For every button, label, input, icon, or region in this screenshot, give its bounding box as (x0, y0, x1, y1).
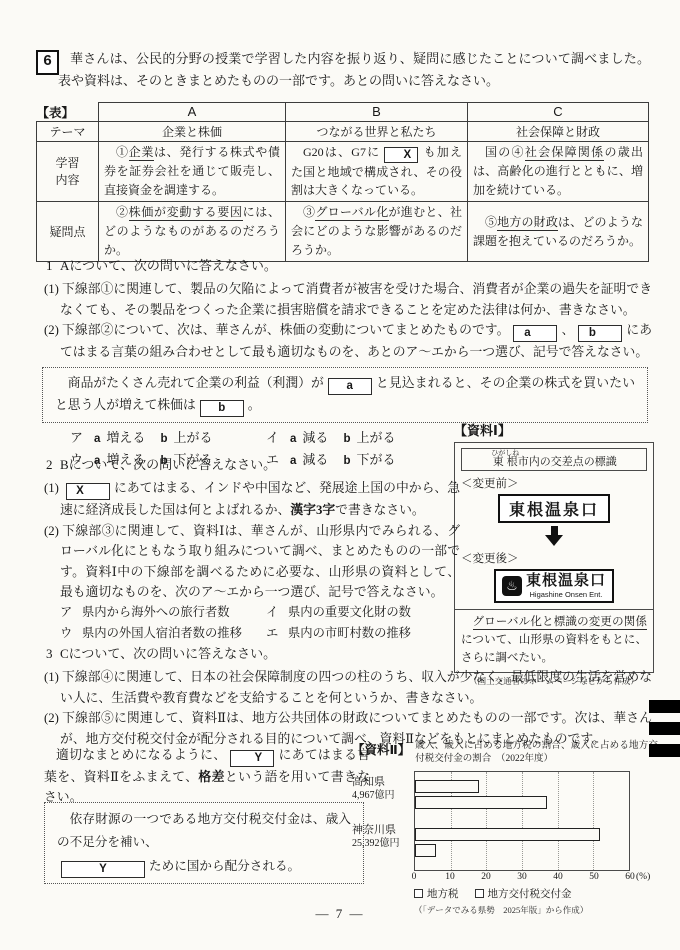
legend-swatch-local-tax (414, 889, 423, 898)
before-label: ＜変更前＞ (461, 475, 647, 491)
divider (455, 609, 653, 610)
intro-text: 華さんは、公民的分野の授業で学習した内容を振り返り、疑問に感じたことについて調べ… (58, 48, 650, 93)
question-3-heading: 3Cについて、次の問いに答えなさい。 (36, 644, 652, 664)
question-2: 2Bについて、次の問いに答えなさい。 (1)Xにあてはまる、インドや中国など、発… (36, 455, 460, 644)
option-a: アa増える b上がる (70, 427, 266, 450)
sign-after-name: 東根温泉口 (526, 573, 606, 590)
q2-options-row-2: ウ県内の外国人宿泊者数の推移 エ県内の市町村数の推移 (36, 623, 460, 644)
q2-options-row-1: ア県内から海外への旅行者数 イ県内の重要文化財の数 (36, 602, 460, 623)
amount-kochi: 4,967億円 (352, 789, 395, 802)
x-tick-10: 10 (445, 872, 455, 882)
legend-tax-grant: 地方交付税交付金 (475, 886, 572, 901)
grant-summary-box: 依存財源の一つである地方交付税交付金は、歳入の不足分を補い、Yために国から配分さ… (44, 802, 364, 884)
learning-c: 国の④社会保障関係の歳出は、高齢化の進行とともに、増加を続けている。 (468, 141, 649, 202)
edge-mark-3 (649, 744, 680, 757)
sign-after-english: Higashine Onsen Ent. (526, 590, 606, 599)
question-3-2-continued: 適切なまとめになるように、Yにあてはまる言葉を、資料Ⅱをふまえて、格差という語を… (36, 745, 370, 808)
row-label-question: 疑問点 (37, 202, 99, 262)
edge-mark-1 (649, 700, 680, 713)
shiryo-1-box: 東根ひがしね市内の交差点の標識 ＜変更前＞ 東根温泉口 ＜変更後＞ ♨ 東根温泉… (454, 442, 654, 673)
road-sign-before: 東根温泉口 (498, 494, 610, 523)
chart-legend: 地方税 地方交付税交付金 (414, 886, 658, 901)
page-number: — 7 — (0, 906, 680, 922)
option-e: エ県内の市町村数の推移 (266, 623, 456, 644)
exam-page: 6 華さんは、公民的分野の授業で学習した内容を振り返り、疑問に感じたことについて… (0, 0, 680, 950)
col-header-a: A (99, 103, 286, 122)
question-1-heading: 1Aについて、次の問いに答えなさい。 (36, 256, 652, 276)
road-sign-after: ♨ 東根温泉口 Higashine Onsen Ent. (494, 569, 614, 603)
summary-table: 【表】 A B C テーマ 企業と株価 つながる世界と私たち 社会保障と財政 学… (36, 102, 649, 262)
slot-x-table: X (384, 147, 418, 163)
option-i: イ県内の重要文化財の数 (266, 602, 456, 623)
big-question-number: 6 (36, 50, 59, 75)
question-c: ⑤地方の財政は、どのような課題を抱えているのだろうか。 (468, 202, 649, 262)
edge-mark-2 (649, 722, 680, 735)
question-header: 6 華さんは、公民的分野の授業で学習した内容を振り返り、疑問に感じたことについて… (36, 48, 650, 93)
option-u: ウ県内の外国人宿泊者数の推移 (60, 623, 266, 644)
category-kochi: 高知県 4,967億円 (352, 775, 395, 802)
theme-c: 社会保障と財政 (468, 121, 649, 141)
x-tick-30: 30 (517, 872, 527, 882)
option-i: イa減る b上がる (266, 427, 462, 450)
slot-a: a (328, 378, 372, 395)
slot-y: Y (61, 861, 145, 878)
row-label-theme: テーマ (37, 121, 99, 141)
chart-category-labels: 高知県 4,967億円 神奈川県 25,392億円 (352, 771, 414, 871)
question-1-1: (1)下線部①に関連して、製品の欠陥によって消費者が被害を受けた場合、消費者が企… (36, 279, 652, 320)
table-label: 【表】 (37, 106, 75, 120)
x-tick-20: 20 (481, 872, 491, 882)
table-label-cell: 【表】 (37, 103, 99, 122)
slot-x-ref: X (66, 483, 110, 500)
question-3-1: (1)下線部④に関連して、日本の社会保障制度の四つの柱のうち、収入が少なく、最低… (36, 667, 652, 708)
question-2-2: (2)下線部③に関連して、資料Ⅰは、華さんが、山形県内でみられる、グローバル化に… (36, 521, 460, 603)
question-1-2: (2)下線部②について、次は、華さんが、株価の変動についてまとめたものです。a、… (36, 320, 652, 362)
chart-title: 歳入、歳入に占める地方税の割合、歳入に占める地方交付税交付金の割合 （2022年… (415, 740, 658, 767)
learning-a: ①企業は、発行する株式や債券を証券会社を通じて販売し、直接資金を調達する。 (99, 141, 286, 202)
option-a: ア県内から海外への旅行者数 (60, 602, 266, 623)
after-label: ＜変更後＞ (461, 550, 647, 566)
chart-x-axis: 0102030405060(%) (414, 871, 630, 884)
x-tick-0: 0 (412, 872, 417, 882)
x-tick-50: 50 (589, 872, 599, 882)
slot-b-ref: b (578, 325, 622, 342)
stock-summary-box: 商品がたくさん売れて企業の利益（利潤）がaと見込まれると、その企業の株式を買いた… (42, 367, 648, 423)
shiryo-2-chart: 【資料Ⅱ】 歳入、歳入に占める地方税の割合、歳入に占める地方交付税交付金の割合 … (352, 740, 658, 916)
shiryo-1-label: 【資料Ⅰ】 (454, 420, 654, 439)
bar-kanagawa-tax-grant (415, 844, 436, 857)
row-label-learning: 学習 内容 (37, 141, 99, 202)
legend-local-tax: 地方税 (414, 886, 459, 901)
col-header-c: C (468, 103, 649, 122)
col-header-b: B (286, 103, 468, 122)
question-b: ③グローバル化が進むと、社会にどのような影響があるのだろうか。 (286, 202, 468, 262)
question-2-heading: 2Bについて、次の問いに答えなさい。 (36, 455, 460, 475)
theme-a: 企業と株価 (99, 121, 286, 141)
theme-b: つながる世界と私たち (286, 121, 468, 141)
x-tick-40: 40 (553, 872, 563, 882)
down-arrow-icon (461, 526, 647, 546)
learning-b: G20は、G7にXも加えた国と地域で構成され、その役割は大きくなっている。 (286, 141, 468, 202)
question-a: ②株価が変動する要因には、どのようなものがあるのだろうか。 (99, 202, 286, 262)
bar-kochi-tax-grant (415, 796, 547, 809)
bar-kanagawa-local-tax (415, 828, 600, 841)
legend-swatch-tax-grant (475, 889, 484, 898)
question-2-1: (1)Xにあてはまる、インドや中国など、発展途上国の中から、急速に経済成長した国… (36, 478, 460, 520)
shiryo-2-label: 【資料Ⅱ】 (352, 740, 410, 767)
x-axis-unit: (%) (636, 872, 650, 882)
bar-kochi-local-tax (415, 780, 479, 793)
chart-plot-area (414, 771, 630, 871)
amount-kanagawa: 25,392億円 (352, 837, 400, 850)
slot-y-ref: Y (230, 750, 274, 767)
x-tick-60: 60 (625, 872, 635, 882)
slot-a-ref: a (513, 325, 557, 342)
question-3: 3Cについて、次の問いに答えなさい。 (1)下線部④に関連して、日本の社会保障制… (36, 644, 652, 749)
onsen-icon: ♨ (502, 576, 522, 596)
category-kanagawa: 神奈川県 25,392億円 (352, 823, 400, 850)
slot-b: b (200, 400, 244, 417)
shiryo-1-title: 東根ひがしね市内の交差点の標識 (461, 448, 647, 471)
